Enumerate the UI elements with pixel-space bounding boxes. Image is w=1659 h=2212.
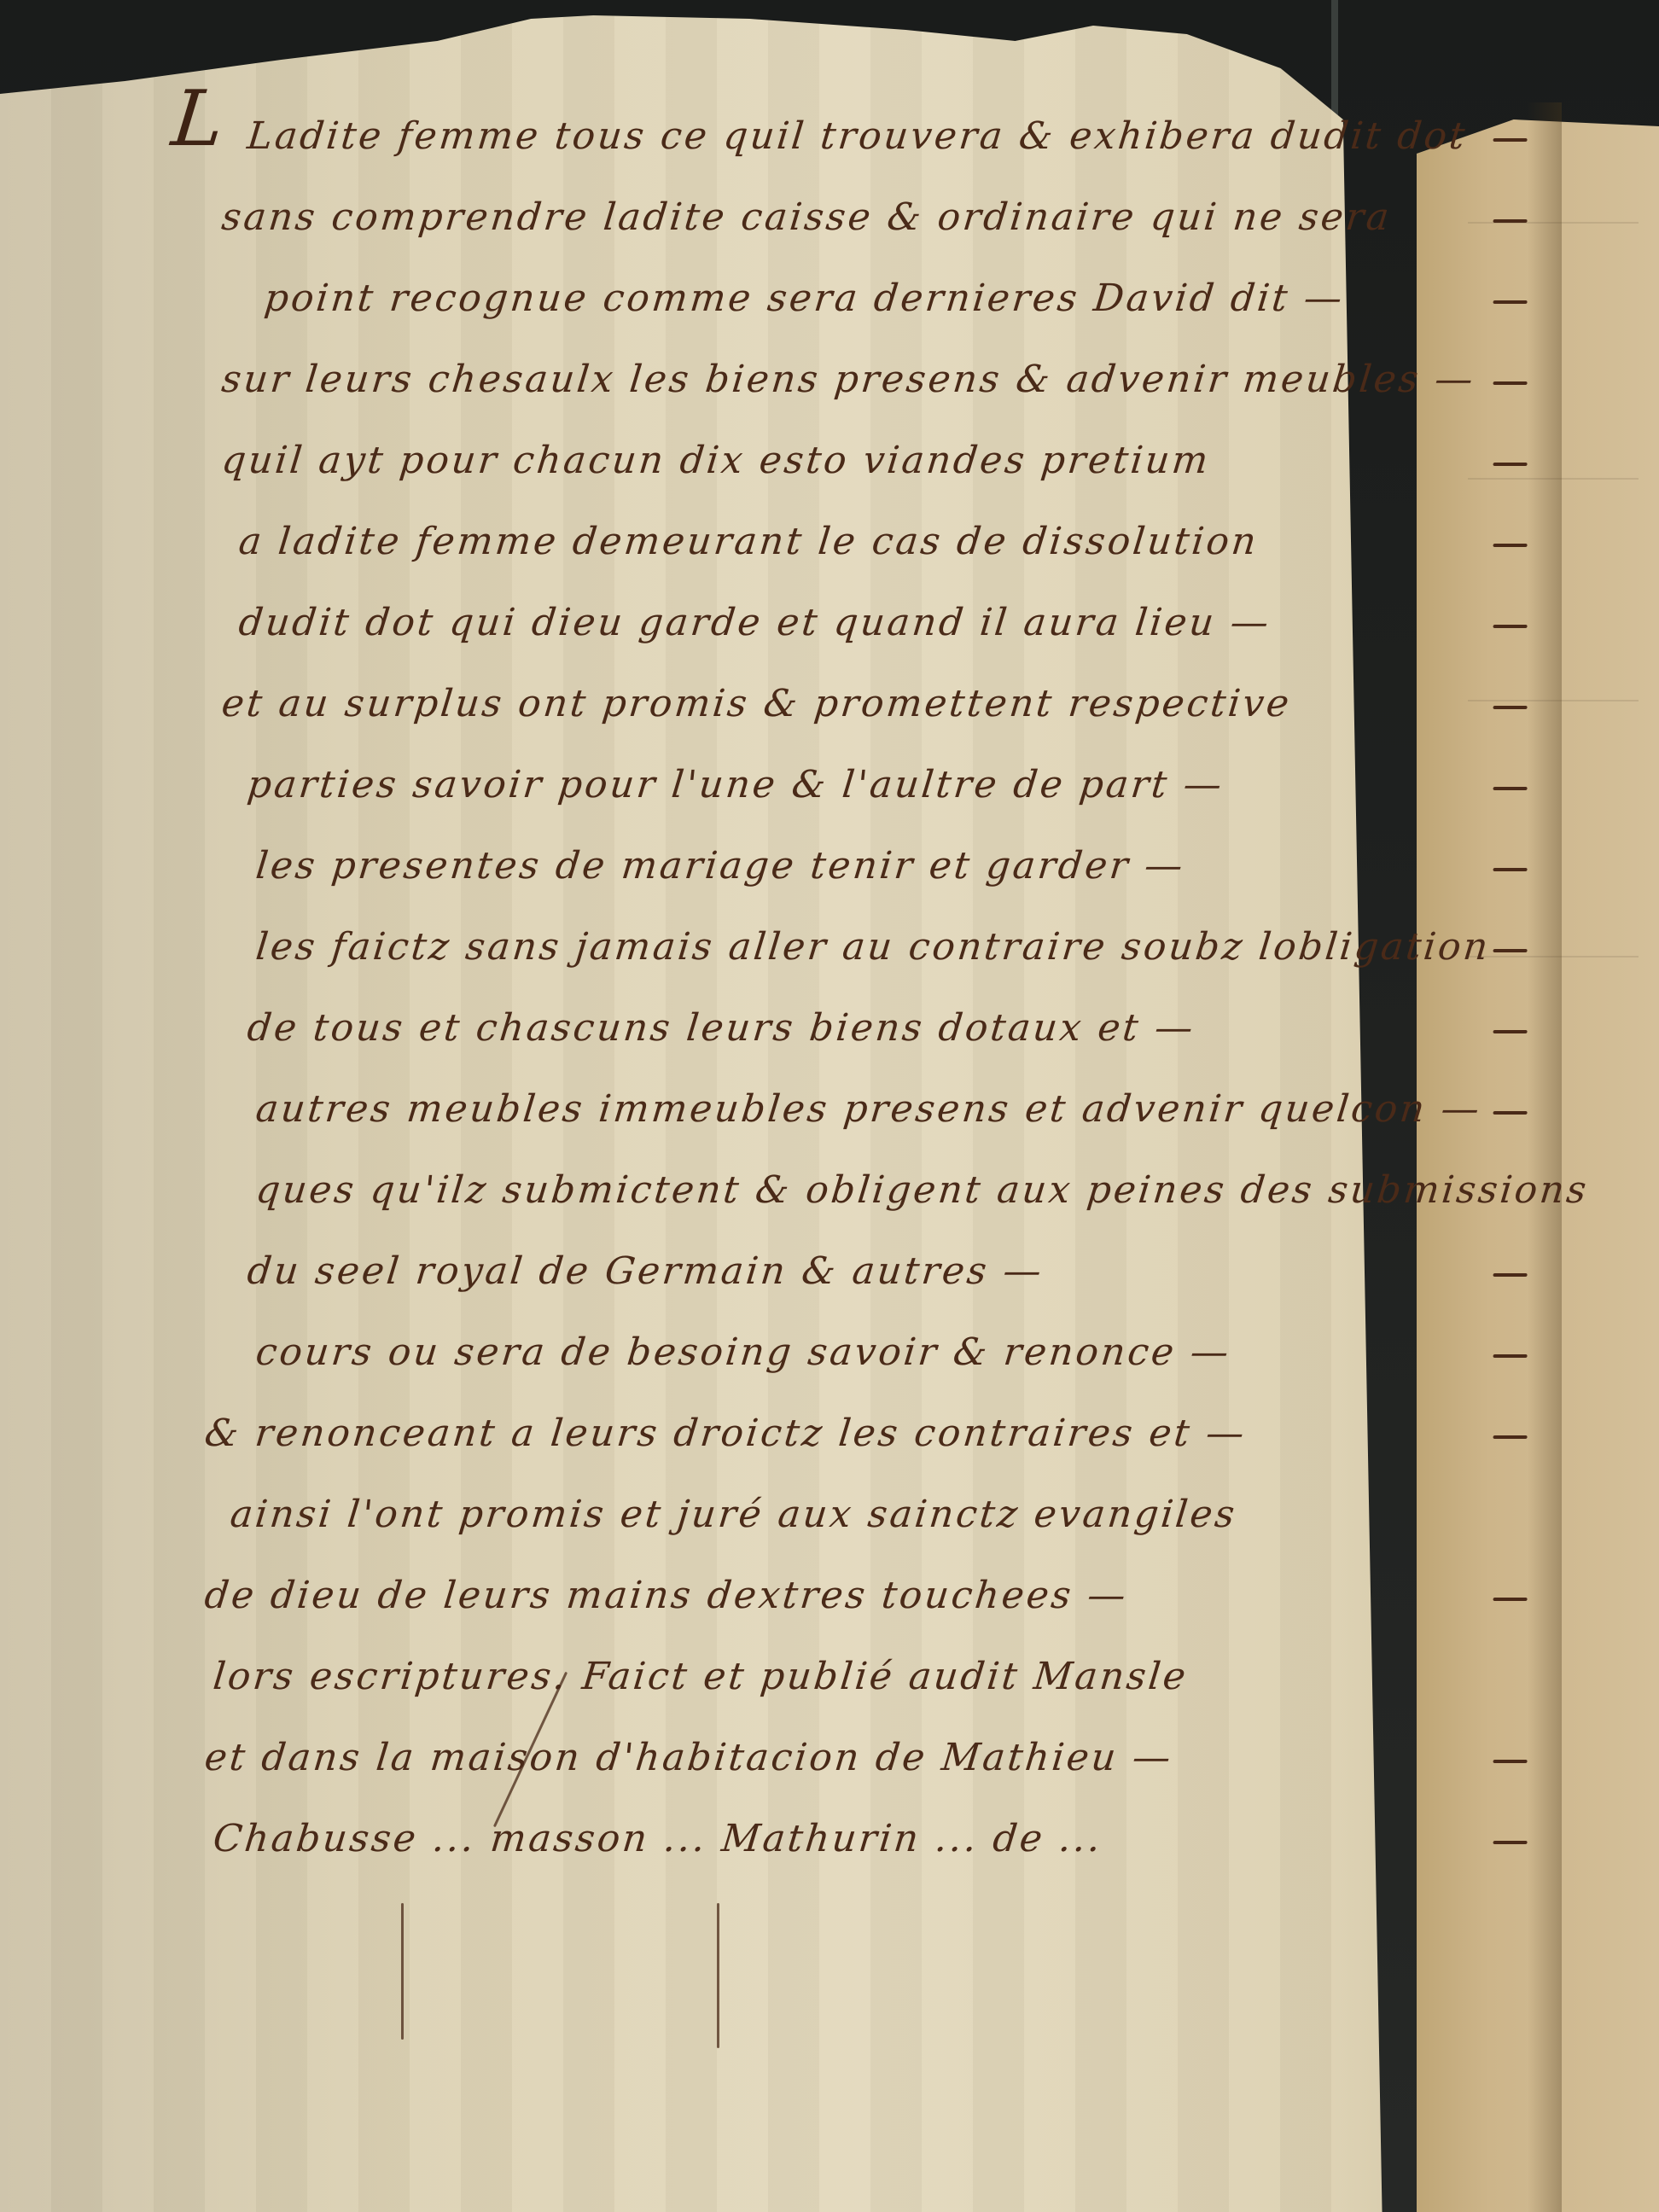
line-text: et au surplus ont promis & promettent re… (219, 682, 1293, 725)
line-text: et dans la maison d'habitacion de Mathie… (202, 1736, 1175, 1779)
manuscript-line: du seel royal de Germain & autres — (245, 1246, 1522, 1297)
line-text: sur leurs chesaulx les biens presens & a… (219, 358, 1477, 401)
blank-lower-margin (0, 1963, 1536, 2212)
manuscript-line: autres meubles immeubles presens et adve… (253, 1084, 1522, 1135)
manuscript-line: les faictz sans jamais aller au contrair… (253, 922, 1522, 973)
line-text: les presentes de mariage tenir et garder… (253, 844, 1187, 888)
line-text: Chabusse ... masson ... Mathurin ... de … (211, 1817, 1104, 1860)
line-text: lors escriptures. Faict et publié audit … (211, 1655, 1190, 1698)
dropcap-letter: L (170, 94, 229, 145)
manuscript-line: et au surplus ont promis & promettent re… (219, 678, 1522, 730)
manuscript-line: et dans la maison d'habitacion de Mathie… (202, 1732, 1522, 1784)
manuscript-line: ainsi l'ont promis et juré aux sainctz e… (228, 1489, 1522, 1540)
manuscript-line: point recognue comme sera dernieres Davi… (262, 273, 1522, 324)
line-text: autres meubles immeubles presens et adve… (253, 1087, 1483, 1131)
line-text: de dieu de leurs mains dextres touchees … (202, 1574, 1130, 1617)
manuscript-line: cours ou sera de besoing savoir & renonc… (253, 1327, 1522, 1378)
manuscript-line: sur leurs chesaulx les biens presens & a… (219, 354, 1522, 405)
handwritten-text-block: L Ladite femme tous ce quil trouvera & e… (222, 111, 1519, 1895)
manuscript-line: L Ladite femme tous ce quil trouvera & e… (245, 111, 1522, 162)
page-fold-shadow (1528, 102, 1562, 2212)
line-text: Ladite femme tous ce quil trouvera & exh… (245, 114, 1469, 158)
line-text: ques qu'ilz submictent & obligent aux pe… (253, 1168, 1591, 1212)
line-text: quil ayt pour chacun dix esto viandes pr… (219, 439, 1212, 482)
line-text: parties savoir pour l'une & l'aultre de … (245, 763, 1225, 806)
manuscript-line: a ladite femme demeurant le cas de disso… (236, 516, 1522, 568)
line-text: du seel royal de Germain & autres — (245, 1249, 1045, 1293)
line-text: ainsi l'ont promis et juré aux sainctz e… (228, 1493, 1239, 1536)
line-text: de tous et chascuns leurs biens dotaux e… (245, 1006, 1197, 1050)
manuscript-line: dudit dot qui dieu garde et quand il aur… (236, 597, 1522, 649)
line-text: a ladite femme demeurant le cas de disso… (236, 520, 1260, 563)
manuscript-line: Chabusse ... masson ... Mathurin ... de … (211, 1813, 1522, 1865)
manuscript-line: les presentes de mariage tenir et garder… (253, 841, 1522, 892)
manuscript-line: & renonceant a leurs droictz les contrai… (202, 1408, 1522, 1459)
manuscript-line: parties savoir pour l'une & l'aultre de … (245, 760, 1522, 811)
line-text: cours ou sera de besoing savoir & renonc… (253, 1330, 1232, 1374)
manuscript-line: sans comprendre ladite caisse & ordinair… (219, 192, 1522, 243)
manuscript-line: de dieu de leurs mains dextres touchees … (202, 1570, 1522, 1621)
manuscript-line: lors escriptures. Faict et publié audit … (211, 1651, 1522, 1703)
line-text: dudit dot qui dieu garde et quand il aur… (236, 601, 1272, 644)
manuscript-line: quil ayt pour chacun dix esto viandes pr… (219, 435, 1522, 486)
line-text: point recognue comme sera dernieres Davi… (262, 276, 1346, 320)
manuscript-line: ques qu'ilz submictent & obligent aux pe… (253, 1165, 1522, 1216)
line-text: les faictz sans jamais aller au contrair… (253, 925, 1492, 969)
line-text: sans comprendre ladite caisse & ordinair… (219, 195, 1394, 239)
manuscript-line: de tous et chascuns leurs biens dotaux e… (245, 1003, 1522, 1054)
line-text: & renonceant a leurs droictz les contrai… (202, 1412, 1249, 1455)
